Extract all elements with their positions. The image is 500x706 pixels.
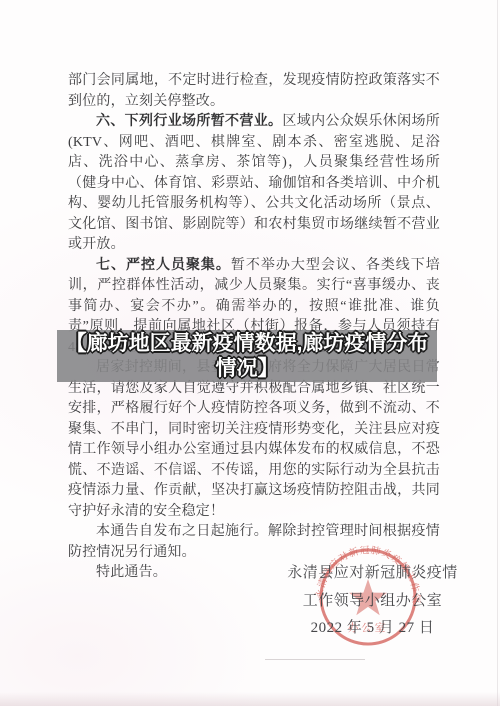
paragraph-text: 区域内公众娱乐休闲场所(KTV、网吧、酒吧、棋牌室、剧本杀、密室逃脱、足浴店、洗… xyxy=(68,114,440,252)
paragraph: 六、下列行业场所暂不营业。区域内公众娱乐休闲场所(KTV、网吧、酒吧、棋牌室、剧… xyxy=(68,112,440,256)
paragraph: 部门会同属地，不定时进行检查，发现疫情防控政策落实不到位的，立刻关停整改。 xyxy=(68,71,440,112)
scanned-notice-page: 部门会同属地，不定时进行检查，发现疫情防控政策落实不到位的，立刻关停整改。六、下… xyxy=(0,0,500,706)
watermark-title-text: 【廊坊地区最新疫情数据,廊坊疫情分布情况】 xyxy=(57,331,437,381)
paragraph-lead: 七、严控人员聚集。 xyxy=(96,258,231,273)
signature-org-line1: 永清县应对新冠肺炎疫情 xyxy=(275,560,470,588)
signature-org-line2: 工作领导小组办公室 xyxy=(275,588,470,616)
notice-body-text: 部门会同属地，不定时进行检查，发现疫情防控政策落实不到位的，立刻关停整改。六、下… xyxy=(68,71,440,584)
scan-edge-artifact xyxy=(497,0,498,706)
scan-fold-line xyxy=(265,659,365,660)
signature-block: 永清县应对新冠肺炎疫情 工作领导小组办公室 2022 年 5 月 27 日 xyxy=(275,560,470,643)
paragraph: 居家封控期间，县委、县政府将全力保障广大居民日常生活，请您及家人自觉遵守并积极配… xyxy=(68,358,440,522)
paragraph-text: 特此通告。 xyxy=(96,565,167,580)
paragraph-text: 部门会同属地，不定时进行检查，发现疫情防控政策落实不到位的，立刻关停整改。 xyxy=(68,73,440,109)
scan-bottom-edge-tint xyxy=(0,692,500,706)
watermark-title-banner: 【廊坊地区最新疫情数据,廊坊疫情分布情况】 xyxy=(57,330,437,382)
paragraph-text: 居家封控期间，县委、县政府将全力保障广大居民日常生活，请您及家人自觉遵守并积极配… xyxy=(68,360,440,519)
paragraph-lead: 六、下列行业场所暂不营业。 xyxy=(96,114,282,129)
signature-date: 2022 年 5 月 27 日 xyxy=(275,615,470,643)
